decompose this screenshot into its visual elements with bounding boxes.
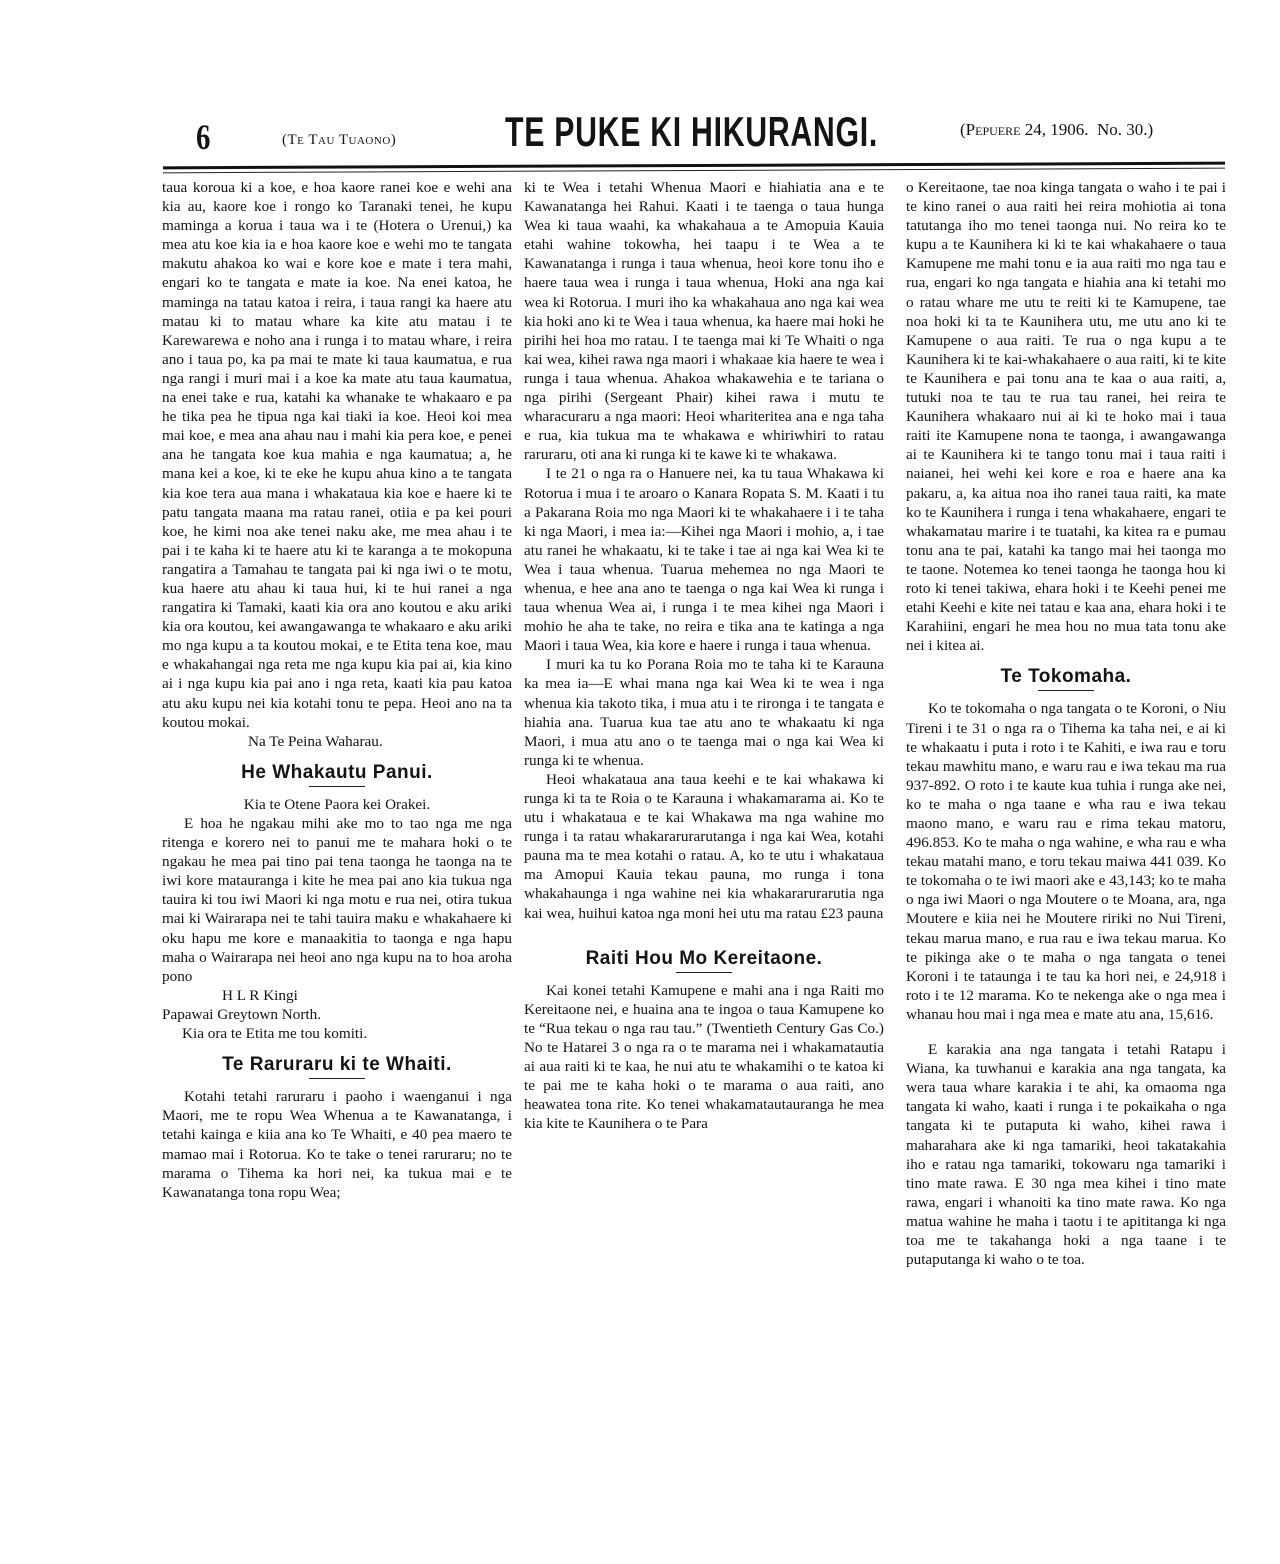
article-heading: He Whakautu Panui. <box>162 763 512 782</box>
issue-number: No. 30.) <box>1097 120 1153 139</box>
column-1: taua koroua ki a koe, e hoa kaore ranei … <box>162 178 512 1202</box>
article-heading: Te Raruraru ki te Whaiti. <box>162 1055 512 1074</box>
article-body: Kai konei tetahi Kamupene e mahi ana i n… <box>524 981 884 1134</box>
page-number: 6 <box>196 116 210 158</box>
heading-rule <box>309 786 365 787</box>
date-text: (Pepuere 24, 1906. <box>960 120 1088 139</box>
article-paragraph: E karakia ana nga tangata i tetahi Ratap… <box>906 1040 1226 1269</box>
article-paragraph: ki te Wea i tetahi Whenua Maori e hiahia… <box>524 178 884 464</box>
article-paragraph: I te 21 o nga ra o Hanuere nei, ka tu ta… <box>524 464 884 655</box>
letter-body: taua koroua ki a koe, e hoa kaore ranei … <box>162 178 512 732</box>
heading-rule <box>676 972 732 973</box>
issue-date: (Pepuere 24, 1906. No. 30.) <box>960 120 1153 140</box>
volume-label: (Te Tau Tuaono) <box>282 132 396 149</box>
article-body: Kotahi tetahi raruraru i paoho i waengan… <box>162 1087 512 1202</box>
article-body: Ko te tokomaha o nga tangata o te Koroni… <box>906 699 1226 1024</box>
article-paragraph: o Kereitaone, tae noa kinga tangata o wa… <box>906 178 1226 655</box>
closing-line: Kia ora te Etita me tou komiti. <box>162 1024 512 1043</box>
salutation: Kia te Otene Paora kei Orakei. <box>162 795 512 814</box>
masthead: 6 (Te Tau Tuaono) TE PUKE KI HIKURANGI. … <box>160 108 1225 158</box>
signature-place: Papawai Greytown North. <box>162 1005 512 1024</box>
article-paragraph: I muri ka tu ko Porana Roia mo te taha k… <box>524 655 884 770</box>
newspaper-page: 6 (Te Tau Tuaono) TE PUKE KI HIKURANGI. … <box>0 0 1280 1564</box>
article-body: E hoa he ngakau mihi ake mo to tao nga m… <box>162 814 512 986</box>
signature-name: H L R Kingi <box>162 986 512 1005</box>
article-heading: Raiti Hou Mo Kereitaone. <box>524 949 884 968</box>
newspaper-title: TE PUKE KI HIKURANGI. <box>505 108 878 156</box>
letter-signature: Na Te Peina Waharau. <box>162 732 512 751</box>
article-heading: Te Tokomaha. <box>906 667 1226 686</box>
heading-rule <box>309 1078 365 1079</box>
column-2: ki te Wea i tetahi Whenua Maori e hiahia… <box>524 178 884 1134</box>
heading-rule <box>1038 690 1094 691</box>
article-paragraph: Heoi whakataua ana taua keehi e te kai w… <box>524 770 884 923</box>
column-3: o Kereitaone, tae noa kinga tangata o wa… <box>906 178 1226 1269</box>
